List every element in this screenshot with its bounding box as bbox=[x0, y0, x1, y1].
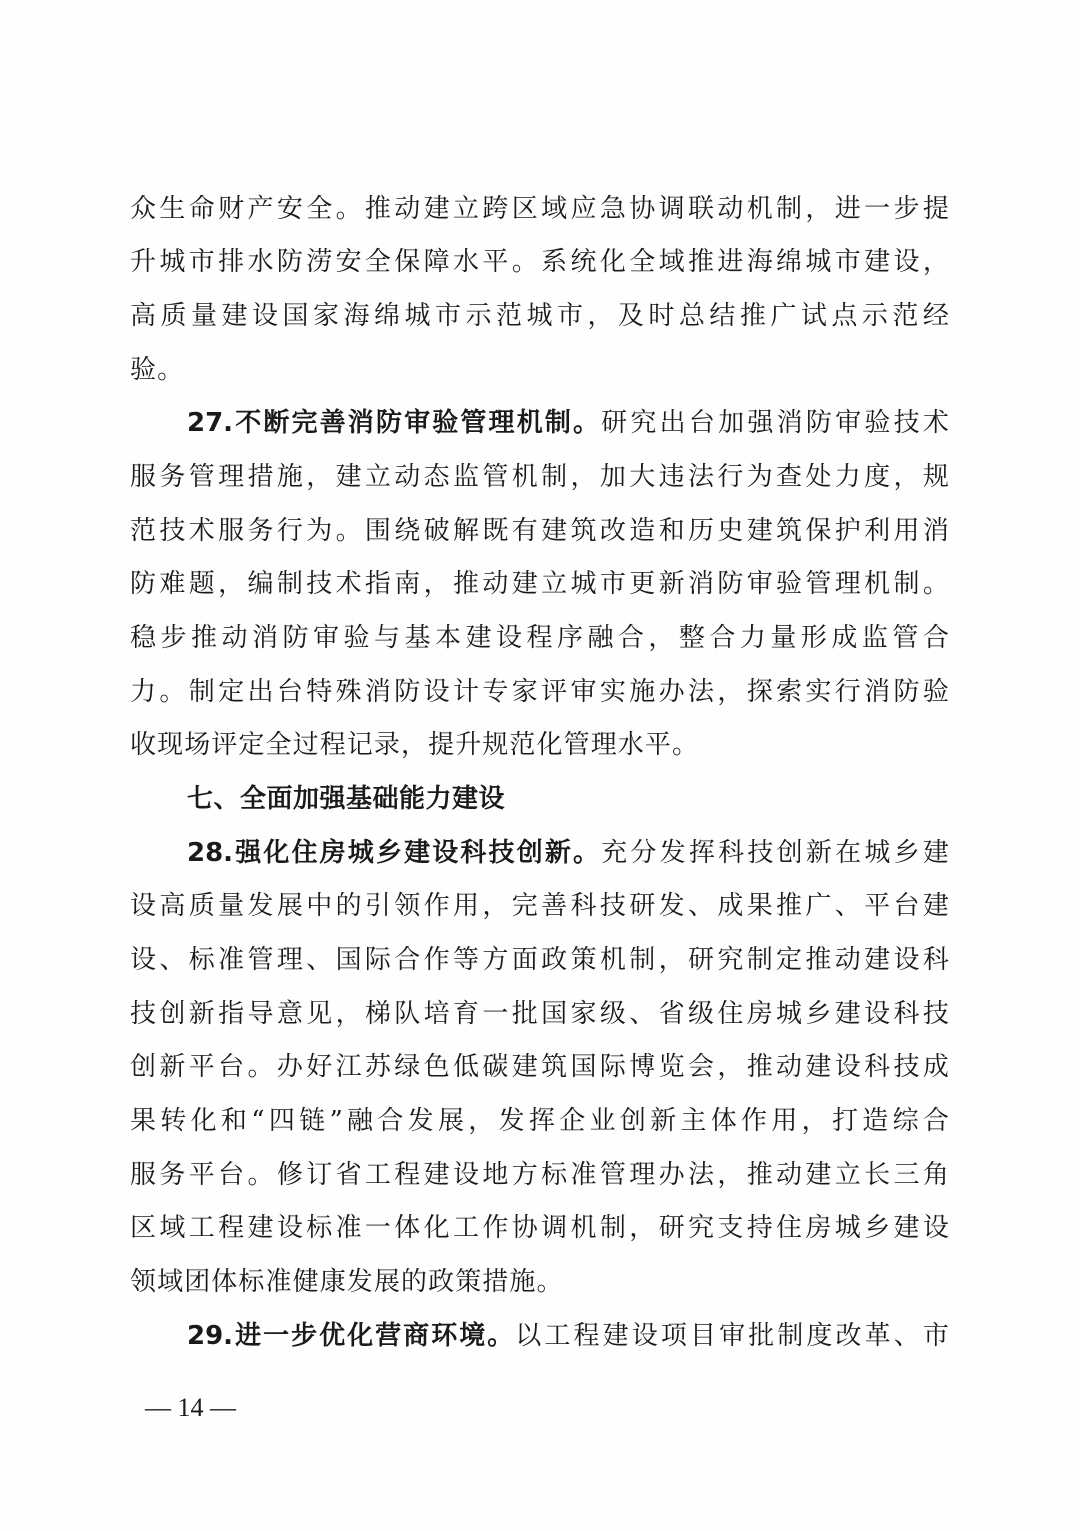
item-lead-title: 29.进一步优化营商环境。 bbox=[187, 1321, 515, 1351]
section-heading: 七、全面加强基础能力建设 bbox=[187, 779, 505, 819]
body-text: 充分发挥科技创新在城乡建 bbox=[601, 838, 950, 868]
body-text-line: 服务管理措施，建立动态监管机制，加大违法行为查处力度，规 bbox=[130, 457, 950, 497]
paragraph-first-line: 28.强化住房城乡建设科技创新。充分发挥科技创新在城乡建 bbox=[187, 833, 950, 873]
page-number: — 14 — bbox=[145, 1390, 236, 1426]
item-lead-title: 27.不断完善消防审验管理机制。 bbox=[187, 408, 601, 438]
body-text-line: 区域工程建设标准一体化工作协调机制，研究支持住房城乡建设 bbox=[130, 1208, 950, 1248]
body-text-line: 服务平台。修订省工程建设地方标准管理办法，推动建立长三角 bbox=[130, 1155, 950, 1195]
body-text-line: 众生命财产安全。推动建立跨区域应急协调联动机制，进一步提 bbox=[130, 189, 950, 229]
paragraph-first-line: 27.不断完善消防审验管理机制。研究出台加强消防审验技术 bbox=[187, 403, 950, 443]
body-text-line: 设高质量发展中的引领作用，完善科技研发、成果推广、平台建 bbox=[130, 886, 950, 926]
body-text-line: 领域团体标准健康发展的政策措施。 bbox=[130, 1262, 950, 1302]
body-text: 以工程建设项目审批制度改革、市 bbox=[515, 1321, 950, 1351]
body-text-line: 果转化和“四链”融合发展，发挥企业创新主体作用，打造综合 bbox=[130, 1101, 950, 1141]
body-text-line: 高质量建设国家海绵城市示范城市，及时总结推广试点示范经 bbox=[130, 296, 950, 336]
body-text-line: 技创新指导意见，梯队培育一批国家级、省级住房城乡建设科技 bbox=[130, 994, 950, 1034]
body-text-line: 稳步推动消防审验与基本建设程序融合，整合力量形成监管合 bbox=[130, 618, 950, 658]
body-text: 研究出台加强消防审验技术 bbox=[601, 408, 950, 438]
document-page: 众生命财产安全。推动建立跨区域应急协调联动机制，进一步提 升城市排水防涝安全保障… bbox=[0, 0, 1080, 1531]
body-text-line: 防难题，编制技术指南，推动建立城市更新消防审验管理机制。 bbox=[130, 564, 950, 604]
body-text-line: 收现场评定全过程记录，提升规范化管理水平。 bbox=[130, 725, 950, 765]
body-text-line: 验。 bbox=[130, 350, 950, 390]
body-text-line: 升城市排水防涝安全保障水平。系统化全域推进海绵城市建设， bbox=[130, 242, 950, 282]
item-lead-title: 28.强化住房城乡建设科技创新。 bbox=[187, 838, 601, 868]
body-text-line: 范技术服务行为。围绕破解既有建筑改造和历史建筑保护利用消 bbox=[130, 511, 950, 551]
body-text-line: 力。制定出台特殊消防设计专家评审实施办法，探索实行消防验 bbox=[130, 672, 950, 712]
body-text-line: 设、标准管理、国际合作等方面政策机制，研究制定推动建设科 bbox=[130, 940, 950, 980]
paragraph-first-line: 29.进一步优化营商环境。以工程建设项目审批制度改革、市 bbox=[187, 1316, 950, 1356]
body-text-line: 创新平台。办好江苏绿色低碳建筑国际博览会，推动建设科技成 bbox=[130, 1047, 950, 1087]
